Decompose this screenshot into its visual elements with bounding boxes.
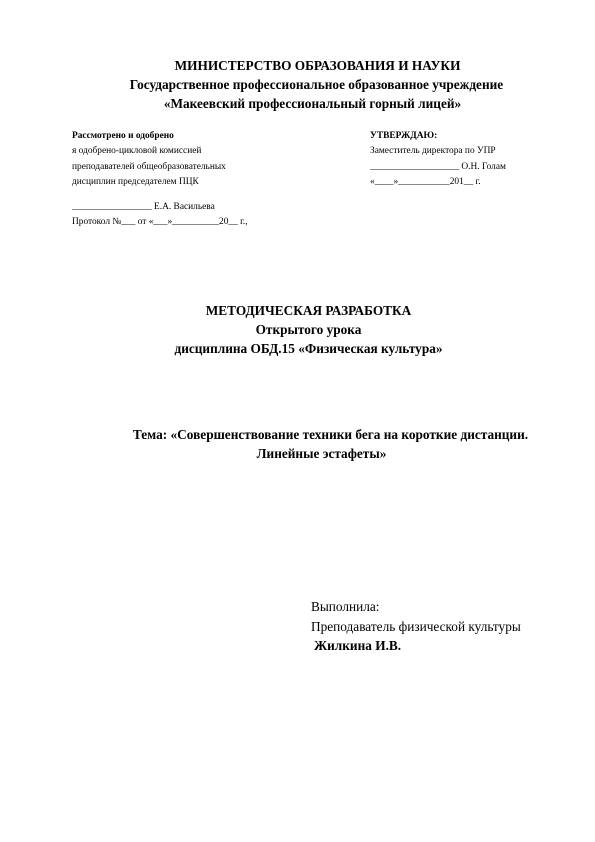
- approval-block: УТВЕРЖДАЮ: Заместитель директора по УПР …: [370, 129, 506, 191]
- review-title: Рассмотрено и одобрено: [72, 129, 226, 144]
- chair-signature-line: _________________ Е.А. Васильева: [72, 200, 248, 215]
- method-block: МЕТОДИЧЕСКАЯ РАЗРАБОТКА Открытого урока …: [0, 301, 595, 358]
- author-name: Жилкина И.В.: [311, 636, 521, 656]
- author-role: Преподаватель физической культуры: [311, 617, 521, 637]
- topic-line-2: Линейные эстафеты»: [0, 444, 595, 463]
- method-title: МЕТОДИЧЕСКАЯ РАЗРАБОТКА: [0, 301, 595, 320]
- document-page: МИНИСТЕРСТВО ОБРАЗОВАНИЯ И НАУКИ Государ…: [0, 0, 595, 842]
- discipline: дисциплина ОБД.15 «Физическая культура»: [0, 339, 595, 358]
- ministry-title: МИНИСТЕРСТВО ОБРАЗОВАНИЯ И НАУКИ: [0, 56, 595, 75]
- author-label: Выполнила:: [311, 597, 521, 617]
- approver-signature-line: ___________________ О.Н. Голам: [370, 160, 506, 175]
- topic-block: Тема: «Совершенствование техники бега на…: [0, 425, 595, 463]
- review-line: дисциплин председателем ПЦК: [72, 175, 226, 190]
- protocol-block: _________________ Е.А. Васильева Протоко…: [72, 200, 248, 231]
- author-block: Выполнила: Преподаватель физической куль…: [311, 597, 521, 656]
- lesson-type: Открытого урока: [0, 320, 595, 339]
- approver-position: Заместитель директора по УПР: [370, 144, 506, 159]
- institution-name: «Макеевский профессиональный горный лице…: [0, 94, 595, 113]
- review-block: Рассмотрено и одобрено я одобрено-циклов…: [72, 129, 226, 191]
- topic-line-1: Тема: «Совершенствование техники бега на…: [0, 425, 595, 444]
- protocol-line: Протокол №___ от «___»__________20__ г.,: [72, 215, 248, 230]
- review-line: преподавателей общеобразовательных: [72, 160, 226, 175]
- approval-title: УТВЕРЖДАЮ:: [370, 129, 506, 144]
- document-header: МИНИСТЕРСТВО ОБРАЗОВАНИЯ И НАУКИ Государ…: [0, 56, 595, 113]
- review-line: я одобрено-цикловой комиссией: [72, 144, 226, 159]
- institution-type: Государственное профессиональное образов…: [0, 75, 595, 94]
- approval-date-line: «____»___________201__ г.: [370, 175, 506, 190]
